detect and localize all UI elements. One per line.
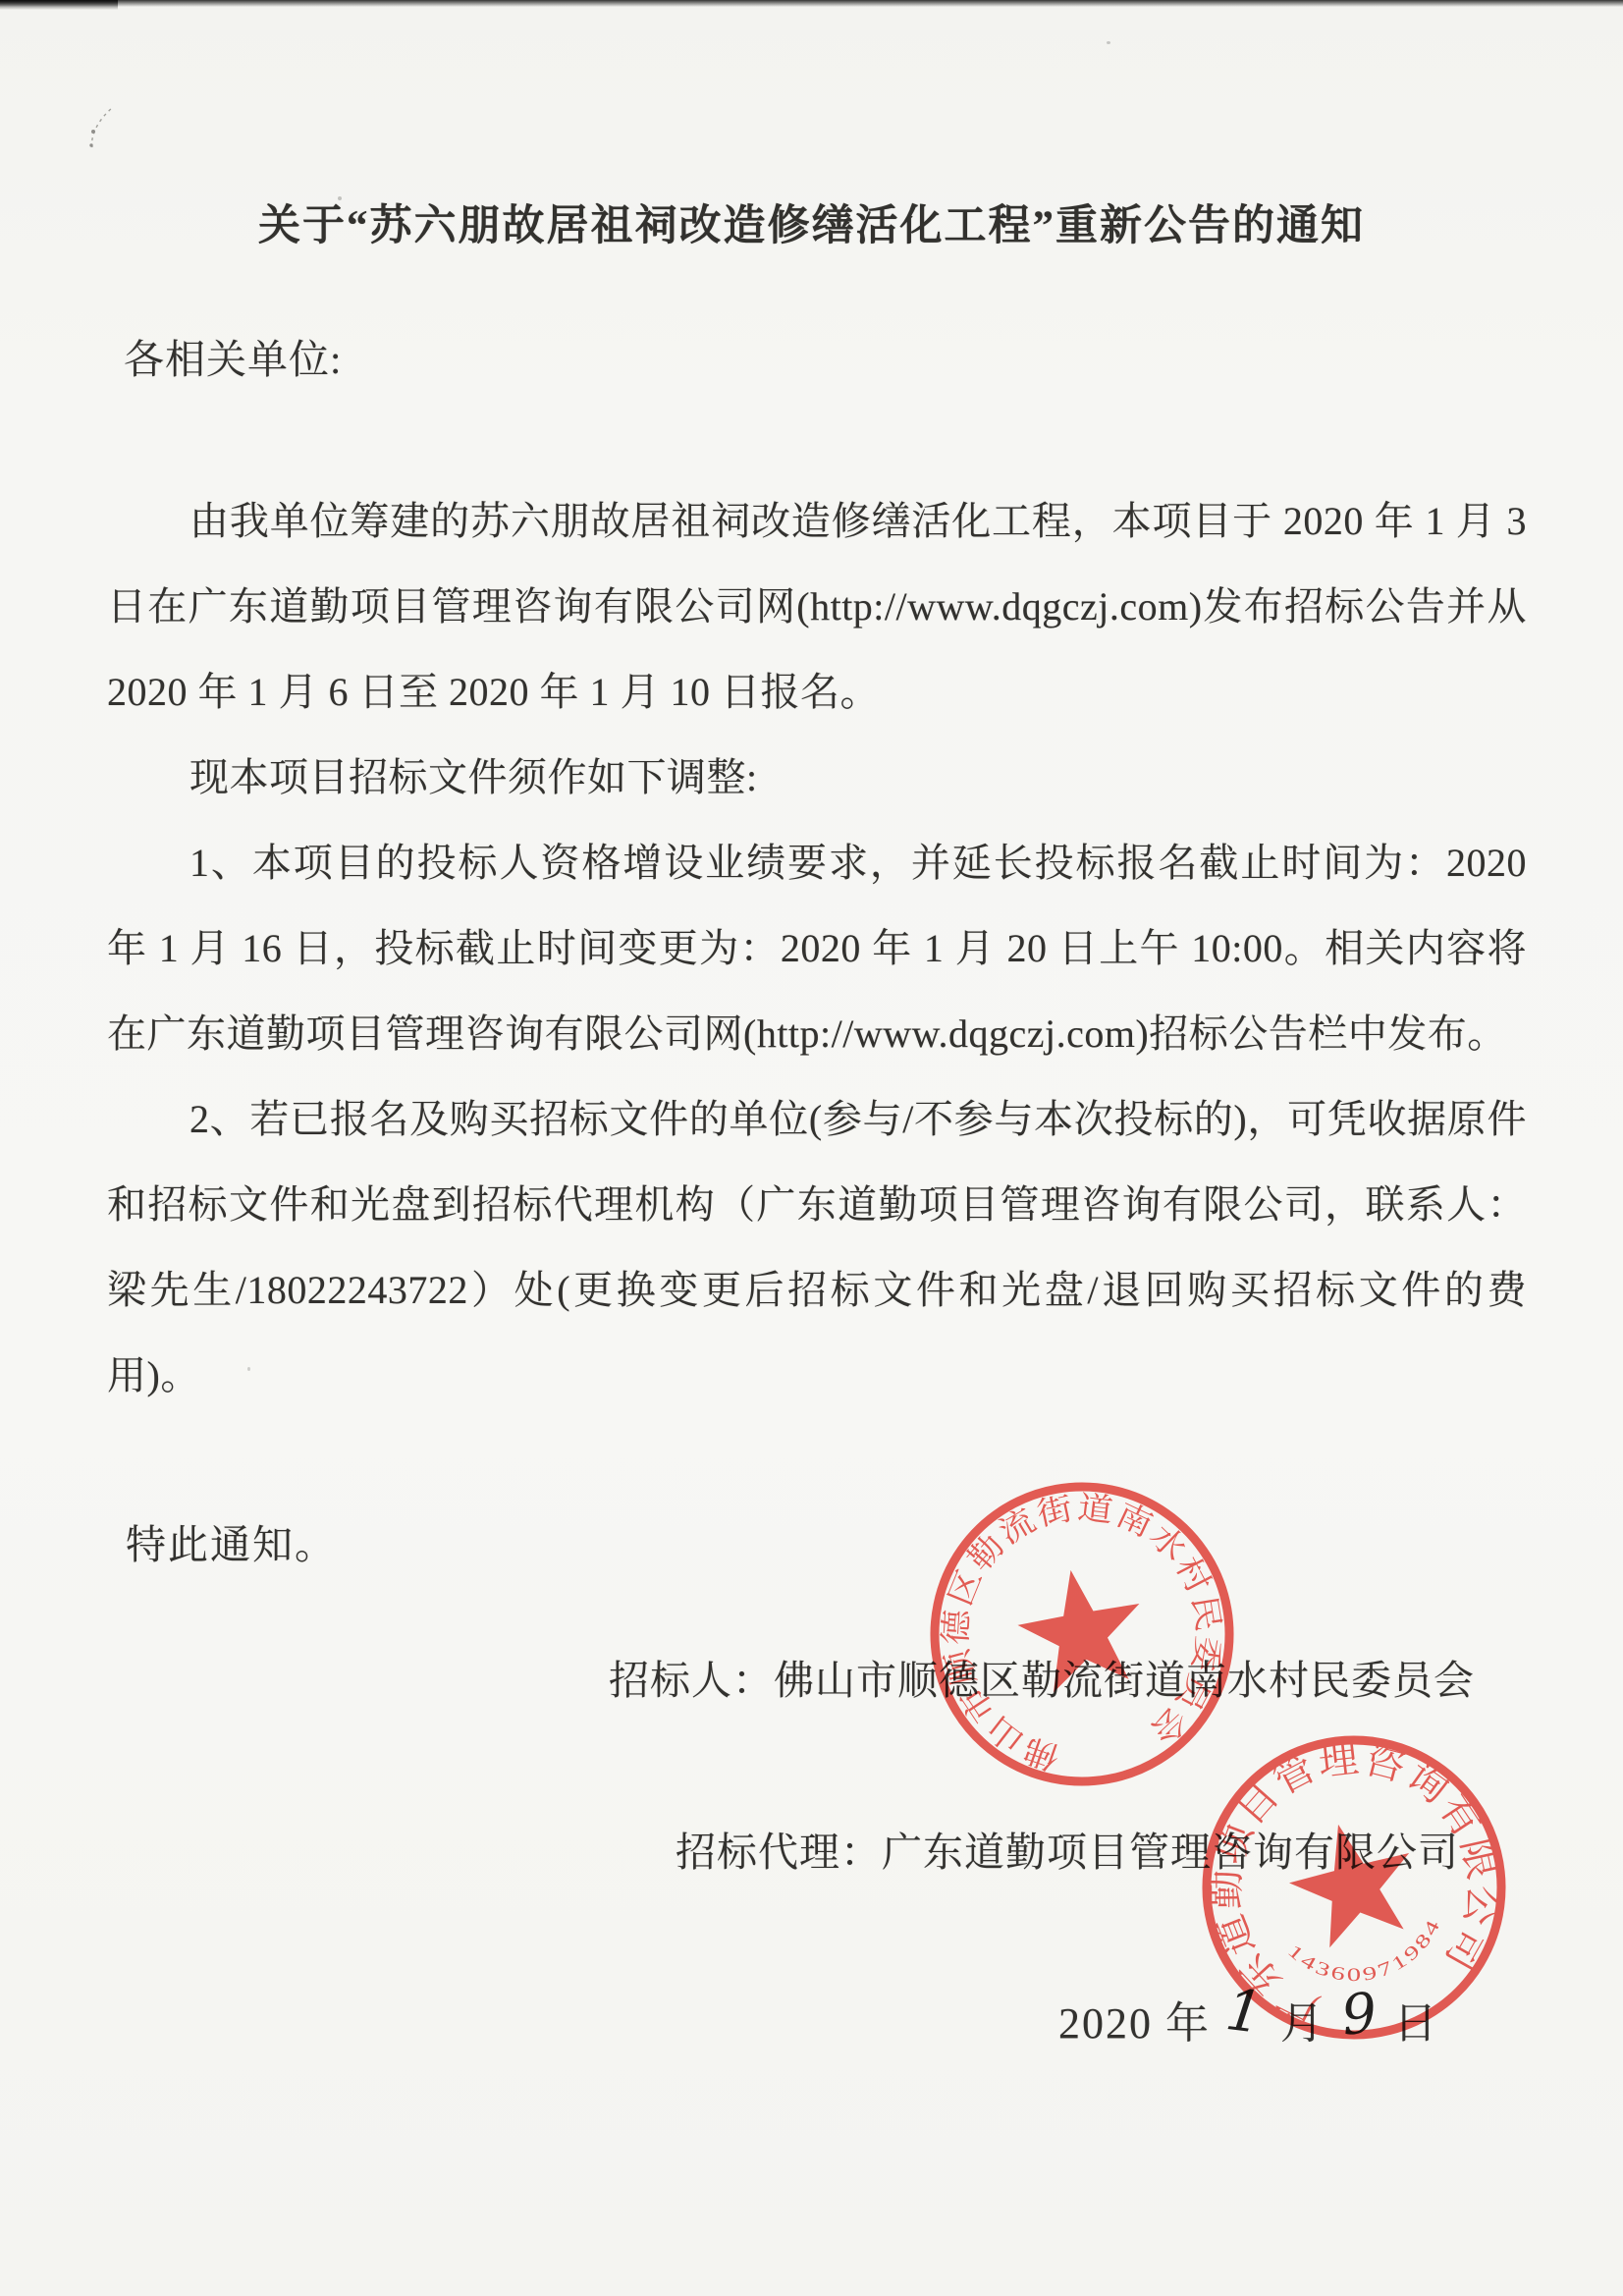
paragraph-announcement: 由我单位筹建的苏六朋故居祖祠改造修缮活化工程，本项目于 2020 年 1 月 3…	[107, 478, 1527, 735]
notice-body: 由我单位筹建的苏六朋故居祖祠改造修缮活化工程，本项目于 2020 年 1 月 3…	[107, 478, 1527, 1418]
paragraph-adjustment-intro: 现本项目招标文件须作如下调整:	[107, 735, 1527, 820]
star-icon	[1010, 1559, 1153, 1697]
paragraph-item-1: 1、本项目的投标人资格增设业绩要求，并延长投标报名截止时间为：2020 年 1 …	[107, 820, 1527, 1076]
scan-artifact-corner	[0, 0, 118, 10]
closing-phrase: 特此通知。	[126, 1512, 337, 1570]
scan-artifact-top-edge	[0, 0, 1623, 7]
pen-scribble-mark	[82, 102, 122, 153]
star-icon	[1278, 1810, 1427, 1953]
page-title: 关于“苏六朋故居祖祠改造修缮活化工程”重新公告的通知	[0, 192, 1623, 252]
salutation: 各相关单位:	[124, 327, 342, 385]
paragraph-item-2: 2、若已报名及购买招标文件的单位(参与/不参与本次投标的)，可凭收据原件和招标文…	[107, 1076, 1527, 1418]
date-year: 2020 年	[1058, 1988, 1211, 2050]
scan-speck	[1107, 41, 1110, 44]
scanned-notice-page: 关于“苏六朋故居祖祠改造修缮活化工程”重新公告的通知 各相关单位: 由我单位筹建…	[0, 0, 1623, 2296]
